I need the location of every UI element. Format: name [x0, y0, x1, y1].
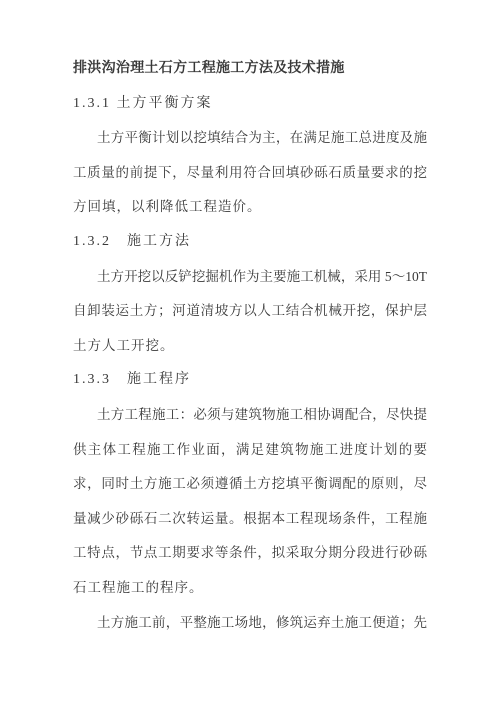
section-heading-1-3-2: 1.3.2 施工方法 — [73, 225, 427, 260]
body-line: 方回填，以利降低工程造价。 — [73, 190, 427, 225]
body-line: 自卸装运土方；河道清坡方以人工结合机械开挖，保护层 — [73, 294, 427, 329]
body-line: 工质量的前提下，尽量利用符合回填砂砾石质量要求的挖 — [73, 156, 427, 191]
body-line: 土方人工开挖。 — [73, 329, 427, 364]
body-line: 求，同时土方施工必须遵循土方挖填平衡调配的原则，尽 — [73, 467, 427, 502]
body-line: 土方施工前，平整施工场地，修筑运弃土施工便道；先 — [73, 606, 427, 641]
body-line: 土方开挖以反铲挖掘机作为主要施工机械，采用 5～10T — [73, 260, 427, 295]
body-line: 工特点，节点工期要求等条件，拟采取分期分段进行砂砾 — [73, 536, 427, 571]
doc-title: 排洪沟治理土石方工程施工方法及技术措施 — [73, 52, 427, 87]
body-line: 供主体工程施工作业面，满足建筑物施工进度计划的要 — [73, 433, 427, 468]
body-line: 土方平衡计划以挖填结合为主，在满足施工总进度及施 — [73, 121, 427, 156]
body-line: 土方工程施工：必须与建筑物施工相协调配合，尽快提 — [73, 398, 427, 433]
body-line: 石工程施工的程序。 — [73, 571, 427, 606]
body-line: 量减少砂砾石二次转运量。根据本工程现场条件，工程施 — [73, 502, 427, 537]
section-heading-1-3-1: 1.3.1 土方平衡方案 — [73, 87, 427, 122]
document-page: 排洪沟治理土石方工程施工方法及技术措施 1.3.1 土方平衡方案 土方平衡计划以… — [0, 0, 500, 707]
section-heading-1-3-3: 1.3.3 施工程序 — [73, 363, 427, 398]
